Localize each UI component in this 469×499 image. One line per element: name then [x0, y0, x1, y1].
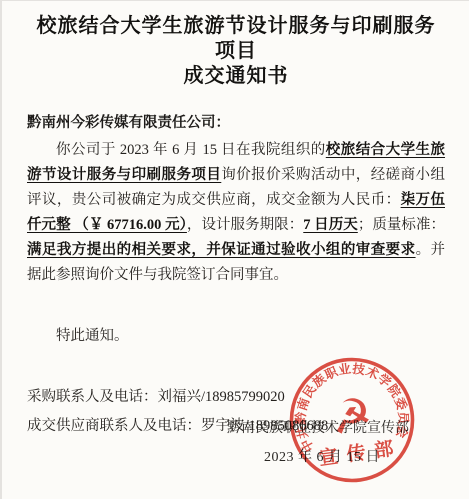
paragraph-segment: ，设计服务期限：	[187, 217, 303, 233]
purchaser-contact-label: 采购联系人及电话：	[27, 389, 158, 405]
document-body: 校旅结合大学生旅游节设计服务与印刷服务项目 成交通知书 黔南州今彩传媒有限责任公…	[0, 0, 469, 434]
supplier-contact-label: 成交供应商联系人及电话：	[27, 418, 201, 434]
signature-org: 黔南民族职业技术学院宣传部	[227, 417, 409, 437]
document-title: 校旅结合大学生旅游节设计服务与印刷服务项目 成交通知书	[27, 14, 445, 89]
purchaser-contact-line: 采购联系人及电话：刘福兴/18985799020	[27, 389, 445, 405]
paragraph-segment: 你公司于 2023 年 6 月 15 日在我院组织的	[56, 142, 326, 158]
main-paragraph: 你公司于 2023 年 6 月 15 日在我院组织的校旅结合大学生旅游节设计服务…	[27, 138, 445, 288]
paragraph-segment-quality: 满足我方提出的相关要求，并保证通过验收小组的审查要求	[27, 242, 416, 258]
signature-date: 2023 年 6 月 15 日	[264, 446, 380, 466]
document-page: 校旅结合大学生旅游节设计服务与印刷服务项目 成交通知书 黔南州今彩传媒有限责任公…	[0, 0, 469, 499]
notice-line: 特此通知。	[27, 324, 445, 345]
purchaser-contact-value: 刘福兴/18985799020	[158, 389, 285, 405]
recipient-line: 黔南州今彩传媒有限责任公司：	[27, 111, 445, 132]
title-line-2: 成交通知书	[184, 65, 289, 87]
paragraph-segment-duration: 7 日历天	[303, 217, 358, 233]
title-line-1: 校旅结合大学生旅游节设计服务与印刷服务项目	[37, 15, 436, 62]
paragraph-segment: ；质量标准：	[358, 217, 445, 233]
